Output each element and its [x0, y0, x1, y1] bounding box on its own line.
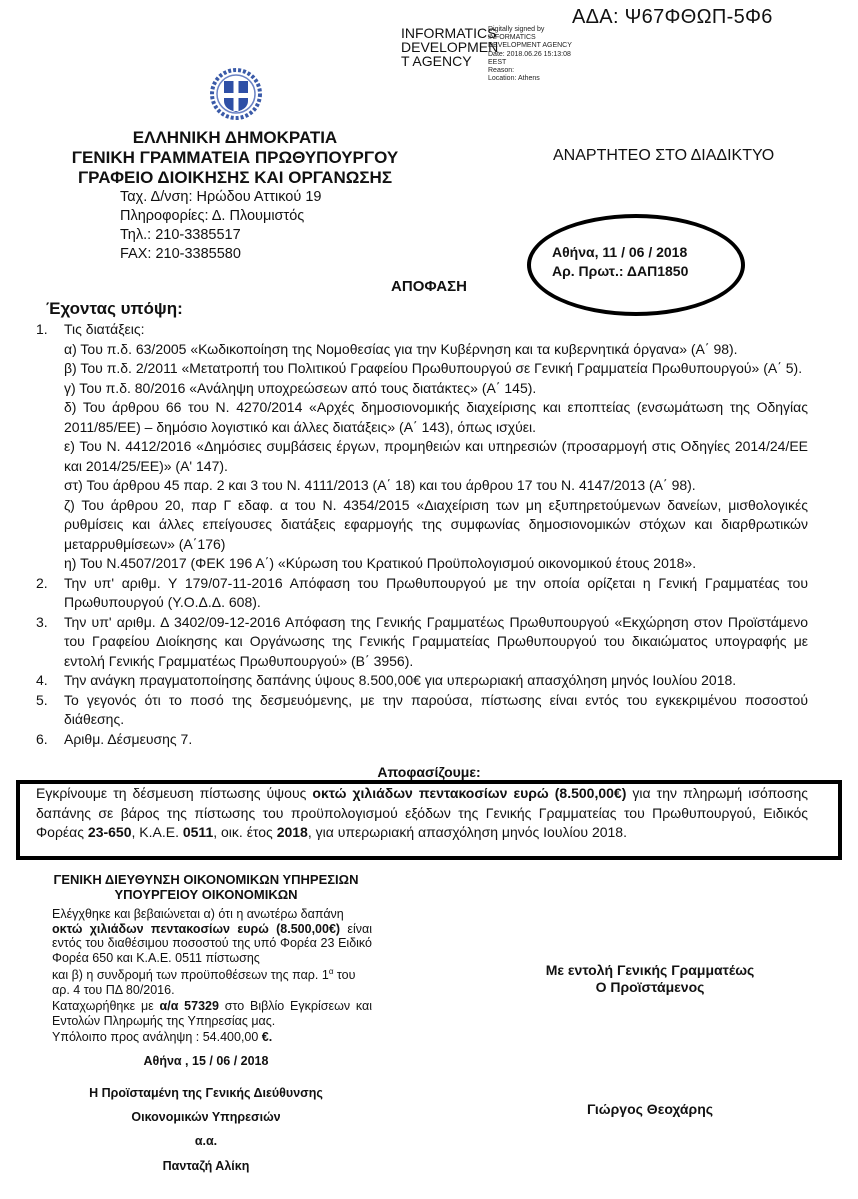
sub-item: β) Του π.δ. 2/2011 «Μετατροπή του Πολιτι… [36, 359, 808, 379]
document-date: Αθήνα, 11 / 06 / 2018 [552, 243, 688, 262]
date-protocol: Αθήνα, 11 / 06 / 2018 Αρ. Πρωτ.: ΔΑΠ1850 [552, 243, 688, 281]
sub-item: ε) Του Ν. 4412/2016 «Δημόσιες συμβάσεις … [36, 437, 808, 476]
list-item: 6. Αριθμ. Δέσμευσης 7. [36, 730, 808, 750]
contact-info: Ταχ. Δ/νση: Ηρώδου Αττικού 19 Πληροφορίε… [120, 188, 321, 264]
ada-code: ΑΔΑ: Ψ67ΦΘΩΠ-5Φ6 [572, 6, 773, 29]
organization-header: ΕΛΛΗΝΙΚΗ ΔΗΜΟΚΡΑΤΙΑ ΓΕΝΙΚΗ ΓΡΑΜΜΑΤΕΙΑ ΠΡ… [60, 128, 410, 188]
decision-text: Εγκρίνουμε τη δέσμευση πίστωσης ύψους οκ… [36, 784, 808, 843]
list-item: 5. Το γεγονός ότι το ποσό της δεσμευόμεν… [36, 691, 808, 730]
finance-signer-name: Πανταζή Αλίκη [36, 1159, 376, 1173]
sub-item: α) Του π.δ. 63/2005 «Κωδικοποίηση της Νο… [36, 340, 808, 360]
finance-date: Αθήνα , 15 / 06 / 2018 [36, 1054, 376, 1068]
decision-title: ΑΠΟΦΑΣΗ [0, 278, 858, 295]
considering-heading: Έχοντας υπόψη: [46, 299, 183, 319]
director-name: Γιώργος Θεοχάρης [500, 1101, 800, 1118]
decide-heading: Αποφασίζουμε: [0, 764, 858, 780]
sub-item: ζ) Του άρθρου 20, παρ Γ εδαφ. α του Ν. 4… [36, 496, 808, 555]
greek-coat-of-arms-icon [210, 68, 262, 120]
sub-item: γ) Του π.δ. 80/2016 «Ανάληψη υποχρεώσεων… [36, 379, 808, 399]
sub-item: στ) Του άρθρου 45 παρ. 2 και 3 του Ν. 41… [36, 476, 808, 496]
authorization-title: Με εντολή Γενικής Γραμματέως Ο Προϊστάμε… [500, 962, 800, 996]
list-item: 2. Την υπ' αριθμ. Υ 179/07-11-2016 Απόφα… [36, 574, 808, 613]
considerations-list: 1. Τις διατάξεις: α) Του π.δ. 63/2005 «Κ… [36, 320, 808, 749]
sub-item: η) Του Ν.4507/2017 (ΦΕΚ 196 Α΄) «Κύρωση … [36, 554, 808, 574]
sub-item: δ) Του άρθρου 66 του Ν. 4270/2014 «Αρχές… [36, 398, 808, 437]
digital-signature-details: Digitally signed by INFORMATICS DEVELOPM… [488, 26, 572, 83]
list-item: 1. Τις διατάξεις: [36, 320, 808, 340]
finance-signer-title: Η Προϊσταμένη της Γενικής Διεύθυνσης Οικ… [36, 1081, 376, 1153]
finance-verification: Ελέγχθηκε και βεβαιώνεται α) ότι η ανωτέ… [52, 907, 372, 1045]
list-item: 4. Την ανάγκη πραγματοποίησης δαπάνης ύψ… [36, 671, 808, 691]
posting-note: ΑΝΑΡΤΗΤΕΟ ΣΤΟ ΔΙΑΔΙΚΤΥΟ [553, 147, 774, 165]
remaining-balance: Υπόλοιπο προς ανάληψη : 54.400,00 €. [52, 1030, 372, 1045]
finance-department-title: ΓΕΝΙΚΗ ΔΙΕΥΘΥΝΣΗ ΟΙΚΟΝΟΜΙΚΩΝ ΥΠΗΡΕΣΙΩΝ Υ… [36, 872, 376, 902]
digital-signature-signer: INFORMATICS DEVELOPMEN T AGENCY [401, 26, 491, 68]
list-item: 3. Την υπ' αριθμ. Δ 3402/09-12-2016 Απόφ… [36, 613, 808, 672]
